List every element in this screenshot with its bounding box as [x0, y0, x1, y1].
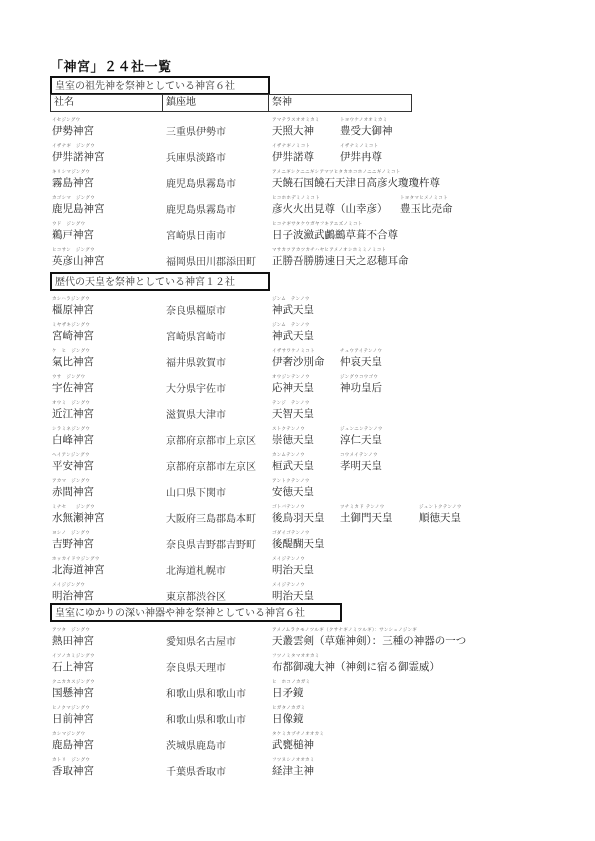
deity-cell: ジングウコウゴウ 神功皇后 [340, 375, 382, 395]
shrine-name: 橿原神宮 [52, 303, 94, 317]
table-row: ヨシノ ジングウ 吉野神宮 奈良県吉野郡吉野町 ゴダイゴテンノウ 後醍醐天皇 [50, 531, 560, 557]
shrine-location: 山口県下関市 [166, 484, 226, 499]
shrine-name: 吉野神宮 [52, 537, 94, 551]
shrine-name: 霧島神宮 [52, 176, 94, 190]
deity-name: 伊奢沙別命 [272, 355, 325, 369]
shrine-name: 水無瀬神宮 [52, 511, 105, 525]
table-row: ホッカイドウジングウ 北海道神宮 北海道札幌市 メイジテンノウ 明治天皇 [50, 557, 560, 583]
section-heading-regalia: 皇室にゆかりの深い神器や神を祭神としている神宮６社 [50, 603, 342, 622]
deity-cell: ジュンニンテンノウ 淳仁天皇 [340, 427, 383, 447]
shrine-location: 茨城県鹿島市 [166, 737, 226, 752]
deity-cell: ゴダイゴテンノウ 後醍醐天皇 [272, 531, 325, 551]
deity-cell: イザナミノミコト 伊弉冉尊 [340, 144, 382, 164]
shrine-name: 伊勢神宮 [52, 124, 94, 138]
deity-name: 順徳天皇 [419, 511, 462, 525]
deity-cell: アメニギシクニニギシアマツヒタカホコホノニニギノミコト 天饒石国饒石天津日高彦火… [272, 170, 440, 190]
shrine-location: 奈良県橿原市 [166, 302, 226, 317]
table-row: カシハラジングウ 橿原神宮 奈良県橿原市 ジンム テンノウ 神武天皇 [50, 297, 560, 323]
deity-cell: ヒコナギサタケウガヤフキアエズノミコト 日子波瀲武鸕鷀草葺不合尊 [272, 222, 398, 242]
shrine-name: 鵜戸神宮 [52, 228, 94, 242]
deity-name: 天智天皇 [272, 407, 314, 421]
shrine-name-cell: ケ ヒ ジングウ 氣比神宮 [52, 349, 94, 369]
table-row: ケ ヒ ジングウ 氣比神宮 福井県敦賀市 イザサワケノミコト 伊奢沙別命 チュウ… [50, 349, 560, 375]
deity-name: 経津主神 [272, 764, 315, 778]
deity-name: 明治天皇 [272, 563, 314, 577]
deity-cell: ジュントクテンノウ 順徳天皇 [419, 505, 462, 525]
deity-cell: ストクテンノウ 崇徳天皇 [272, 427, 314, 447]
deity-cell: イザサワケノミコト 伊奢沙別命 [272, 349, 325, 369]
deity-name: 淳仁天皇 [340, 433, 383, 447]
shrine-name-cell: キリシマジングウ 霧島神宮 [52, 170, 94, 190]
shrine-location: 大分県宇佐市 [166, 380, 226, 395]
shrine-location: 千葉県香取市 [166, 763, 226, 778]
table-row: キリシマジングウ 霧島神宮 鹿児島県霧島市 アメニギシクニニギシアマツヒタカホコ… [50, 170, 560, 196]
shrine-location: 福井県敦賀市 [166, 354, 226, 369]
table-header: 社名 鎮座地 祭神 [50, 94, 412, 112]
deity-cell: ジンム テンノウ 神武天皇 [272, 323, 314, 343]
table-row: イザナギ ジングウ 伊弉諾神宮 兵庫県淡路市 イザナギノミコト 伊弉諾尊 イザナ… [50, 144, 560, 170]
shrine-location: 東京都渋谷区 [166, 588, 226, 603]
deity-cell: イザナギノミコト 伊弉諾尊 [272, 144, 314, 164]
shrine-name-cell: ヨシノ ジングウ 吉野神宮 [52, 531, 94, 551]
deity-cell: ゴトバテンノウ 後鳥羽天皇 [272, 505, 325, 525]
shrine-name: 平安神宮 [52, 459, 94, 473]
shrine-name-cell: アツタ ジングウ 熱田神宮 [52, 628, 94, 648]
shrine-location: 和歌山県和歌山市 [166, 711, 246, 726]
shrine-name: 国懸神宮 [52, 686, 95, 700]
deity-name: 正勝吾勝勝速日天之忍穂耳命 [272, 254, 409, 268]
deity-name: 天叢雲剣（草薙神剣）：三種の神器の一つ [272, 634, 466, 648]
table-row: ウサ ジングウ 宇佐神宮 大分県宇佐市 オウジンテンノウ 応神天皇 ジングウコウ… [50, 375, 560, 401]
shrine-name: 日前神宮 [52, 712, 94, 726]
deity-name: 伊弉冉尊 [340, 150, 382, 164]
table-row: ヘイアンジングウ 平安神宮 京都府京都市左京区 カンムテンノウ 桓武天皇 コウメ… [50, 453, 560, 479]
deity-name: 布都御魂大神（神剣に宿る御霊威） [272, 660, 440, 674]
deity-name: 伊弉諾尊 [272, 150, 314, 164]
deity-cell: ツチミカド テンノウ 土御門天皇 [340, 505, 393, 525]
deity-cell: タケミカヅチノオオカミ 武甕槌神 [272, 732, 324, 752]
deity-name: 豊玉比売命 [400, 202, 453, 216]
shrine-name-cell: オウミ ジングウ 近江神宮 [52, 401, 94, 421]
deity-name: 日矛鏡 [272, 686, 310, 700]
deity-cell: コウメイテンノウ 孝明天皇 [340, 453, 382, 473]
header-location: 鎮座地 [163, 95, 269, 111]
deity-name: 桓武天皇 [272, 459, 314, 473]
shrine-name-cell: ヒノクマジングウ 日前神宮 [52, 706, 94, 726]
deity-name: 応神天皇 [272, 381, 314, 395]
shrine-name-cell: ホッカイドウジングウ 北海道神宮 [52, 557, 105, 577]
deity-cell: アントクテンノウ 安徳天皇 [272, 479, 314, 499]
deity-name: 天饒石国饒石天津日高彦火瓊瓊杵尊 [272, 176, 440, 190]
shrine-name: 白峰神宮 [52, 433, 94, 447]
page-title: 「神宮」２４社一覧 [50, 56, 172, 75]
shrine-location: 京都府京都市左京区 [166, 458, 256, 473]
table-row: イソノカミジングウ 石上神宮 奈良県天理市 フツノミタマオオカミ 布都御魂大神（… [50, 654, 560, 680]
deity-cell: ヒコホホデミノミコト 彦火火出見尊（山幸彦） [272, 196, 388, 216]
deity-name: 神功皇后 [340, 381, 382, 395]
deity-name: 後鳥羽天皇 [272, 511, 325, 525]
table-row: カゴシマ ジングウ 鹿児島神宮 鹿児島県霧島市 ヒコホホデミノミコト 彦火火出見… [50, 196, 560, 222]
section-heading-emperors: 歴代の天皇を祭神としている神宮１２社 [50, 272, 270, 291]
shrine-name-cell: クニカカスジングウ 国懸神宮 [52, 680, 95, 700]
deity-name: 孝明天皇 [340, 459, 382, 473]
shrine-name-cell: シラミネジングウ 白峰神宮 [52, 427, 94, 447]
shrine-name-cell: イセジングウ 伊勢神宮 [52, 118, 94, 138]
table-row: ヒノクマジングウ 日前神宮 和歌山県和歌山市 ヒガタノカガミ 日像鏡 [50, 706, 560, 732]
deity-cell: テンジ テンノウ 天智天皇 [272, 401, 314, 421]
shrine-name: 鹿児島神宮 [52, 202, 105, 216]
shrine-location: 宮崎県宮崎市 [166, 328, 226, 343]
shrine-location: 奈良県吉野郡吉野町 [166, 536, 256, 551]
shrine-name-cell: ウド ジングウ 鵜戸神宮 [52, 222, 94, 242]
table-row: オウミ ジングウ 近江神宮 滋賀県大津市 テンジ テンノウ 天智天皇 [50, 401, 560, 427]
deity-name: 土御門天皇 [340, 511, 393, 525]
shrine-name: 石上神宮 [52, 660, 95, 674]
shrine-name: 宮崎神宮 [52, 329, 94, 343]
deity-cell: ヒガタノカガミ 日像鏡 [272, 706, 305, 726]
deity-cell: オウジンテンノウ 応神天皇 [272, 375, 314, 395]
table-row: クニカカスジングウ 国懸神宮 和歌山県和歌山市 ヒ ホコノカガミ 日矛鏡 [50, 680, 560, 706]
deity-name: 神武天皇 [272, 329, 314, 343]
deity-cell: ジンム テンノウ 神武天皇 [272, 297, 314, 317]
shrine-name-cell: カシマジングウ 鹿島神宮 [52, 732, 94, 752]
deity-cell: チュウアイテンノウ 仲哀天皇 [340, 349, 382, 369]
shrine-name: 伊弉諾神宮 [52, 150, 105, 164]
deity-cell: フツノミタマオオカミ 布都御魂大神（神剣に宿る御霊威） [272, 654, 440, 674]
shrine-name: 明治神宮 [52, 589, 94, 603]
deity-cell: トヨタマヒメノミコト 豊玉比売命 [400, 196, 453, 216]
deity-cell: フツヌシノオオカミ 経津主神 [272, 758, 315, 778]
deity-name: 崇徳天皇 [272, 433, 314, 447]
deity-name: 武甕槌神 [272, 738, 324, 752]
deity-cell: アメノムラクモノツルギ（クサナギノミツルギ）：サンシュノジンギ 天叢雲剣（草薙神… [272, 628, 466, 648]
shrine-location: 鹿児島県霧島市 [166, 201, 236, 216]
header-name: 社名 [51, 95, 163, 111]
shrine-name-cell: メイジジングウ 明治神宮 [52, 583, 94, 603]
shrine-name: 香取神宮 [52, 764, 94, 778]
deity-cell: メイジテンノウ 明治天皇 [272, 583, 314, 603]
shrine-name: 氣比神宮 [52, 355, 94, 369]
table-row: アツタ ジングウ 熱田神宮 愛知県名古屋市 アメノムラクモノツルギ（クサナギノミ… [50, 628, 560, 654]
shrine-name-cell: ウサ ジングウ 宇佐神宮 [52, 375, 94, 395]
table-row: ミナセ ジングウ 水無瀬神宮 大阪府三島郡島本町 ゴトバテンノウ 後鳥羽天皇 ツ… [50, 505, 560, 531]
shrine-name-cell: ミナセ ジングウ 水無瀬神宮 [52, 505, 105, 525]
table-row: アカマ ジングウ 赤間神宮 山口県下関市 アントクテンノウ 安徳天皇 [50, 479, 560, 505]
deity-cell: ヒ ホコノカガミ 日矛鏡 [272, 680, 310, 700]
shrine-name-cell: ヒコサン ジングウ 英彦山神宮 [52, 248, 105, 268]
deity-name: 豊受大御神 [340, 124, 393, 138]
shrine-name: 熱田神宮 [52, 634, 94, 648]
deity-name: 神武天皇 [272, 303, 314, 317]
shrine-location: 三重県伊勢市 [166, 123, 226, 138]
deity-name: 天照大神 [272, 124, 320, 138]
shrine-name: 宇佐神宮 [52, 381, 94, 395]
deity-name: 彦火火出見尊（山幸彦） [272, 202, 388, 216]
shrine-name-cell: イソノカミジングウ 石上神宮 [52, 654, 95, 674]
shrine-location: 滋賀県大津市 [166, 406, 226, 421]
deity-name: 日像鏡 [272, 712, 305, 726]
shrine-name-cell: イザナギ ジングウ 伊弉諾神宮 [52, 144, 105, 164]
shrine-location: 大阪府三島郡島本町 [166, 510, 256, 525]
deity-cell: マサカツアカツカチハヤヒアメノオシホミミノミコト 正勝吾勝勝速日天之忍穂耳命 [272, 248, 409, 268]
table-row: ウド ジングウ 鵜戸神宮 宮崎県日南市 ヒコナギサタケウガヤフキアエズノミコト … [50, 222, 560, 248]
shrine-location: 福岡県田川郡添田町 [166, 253, 256, 268]
table-row: ヒコサン ジングウ 英彦山神宮 福岡県田川郡添田町 マサカツアカツカチハヤヒアメ… [50, 248, 560, 274]
shrine-name-cell: アカマ ジングウ 赤間神宮 [52, 479, 94, 499]
shrine-name: 近江神宮 [52, 407, 94, 421]
deity-name: 後醍醐天皇 [272, 537, 325, 551]
shrine-name-cell: カトリ ジングウ 香取神宮 [52, 758, 94, 778]
shrine-location: 京都府京都市上京区 [166, 432, 256, 447]
shrine-name: 鹿島神宮 [52, 738, 94, 752]
shrine-name-cell: ミヤザキジングウ 宮崎神宮 [52, 323, 94, 343]
shrine-name: 北海道神宮 [52, 563, 105, 577]
shrine-location: 兵庫県淡路市 [166, 149, 226, 164]
section-heading-ancestors: 皇室の祖先神を祭神としている神宮６社 [50, 76, 270, 95]
shrine-name-cell: カシハラジングウ 橿原神宮 [52, 297, 94, 317]
deity-name: 日子波瀲武鸕鷀草葺不合尊 [272, 228, 398, 242]
table-row: シラミネジングウ 白峰神宮 京都府京都市上京区 ストクテンノウ 崇徳天皇 ジュン… [50, 427, 560, 453]
deity-name: 仲哀天皇 [340, 355, 382, 369]
shrine-name-cell: ヘイアンジングウ 平安神宮 [52, 453, 94, 473]
deity-cell: トヨウケノオオミカミ 豊受大御神 [340, 118, 393, 138]
shrine-name: 赤間神宮 [52, 485, 94, 499]
deity-cell: カンムテンノウ 桓武天皇 [272, 453, 314, 473]
deity-name: 安徳天皇 [272, 485, 314, 499]
header-deity: 祭神 [269, 95, 411, 111]
table-row: カトリ ジングウ 香取神宮 千葉県香取市 フツヌシノオオカミ 経津主神 [50, 758, 560, 784]
shrine-location: 奈良県天理市 [166, 659, 226, 674]
table-row: カシマジングウ 鹿島神宮 茨城県鹿島市 タケミカヅチノオオカミ 武甕槌神 [50, 732, 560, 758]
shrine-location: 北海道札幌市 [166, 562, 226, 577]
deity-cell: メイジテンノウ 明治天皇 [272, 557, 314, 577]
shrine-location: 鹿児島県霧島市 [166, 175, 236, 190]
deity-name: 明治天皇 [272, 589, 314, 603]
shrine-location: 愛知県名古屋市 [166, 633, 236, 648]
table-row: ミヤザキジングウ 宮崎神宮 宮崎県宮崎市 ジンム テンノウ 神武天皇 [50, 323, 560, 349]
shrine-name: 英彦山神宮 [52, 254, 105, 268]
shrine-location: 和歌山県和歌山市 [166, 685, 246, 700]
shrine-location: 宮崎県日南市 [166, 227, 226, 242]
table-row: イセジングウ 伊勢神宮 三重県伊勢市 アマテラスオオミカミ 天照大神 トヨウケノ… [50, 118, 560, 144]
deity-cell: アマテラスオオミカミ 天照大神 [272, 118, 320, 138]
shrine-name-cell: カゴシマ ジングウ 鹿児島神宮 [52, 196, 105, 216]
